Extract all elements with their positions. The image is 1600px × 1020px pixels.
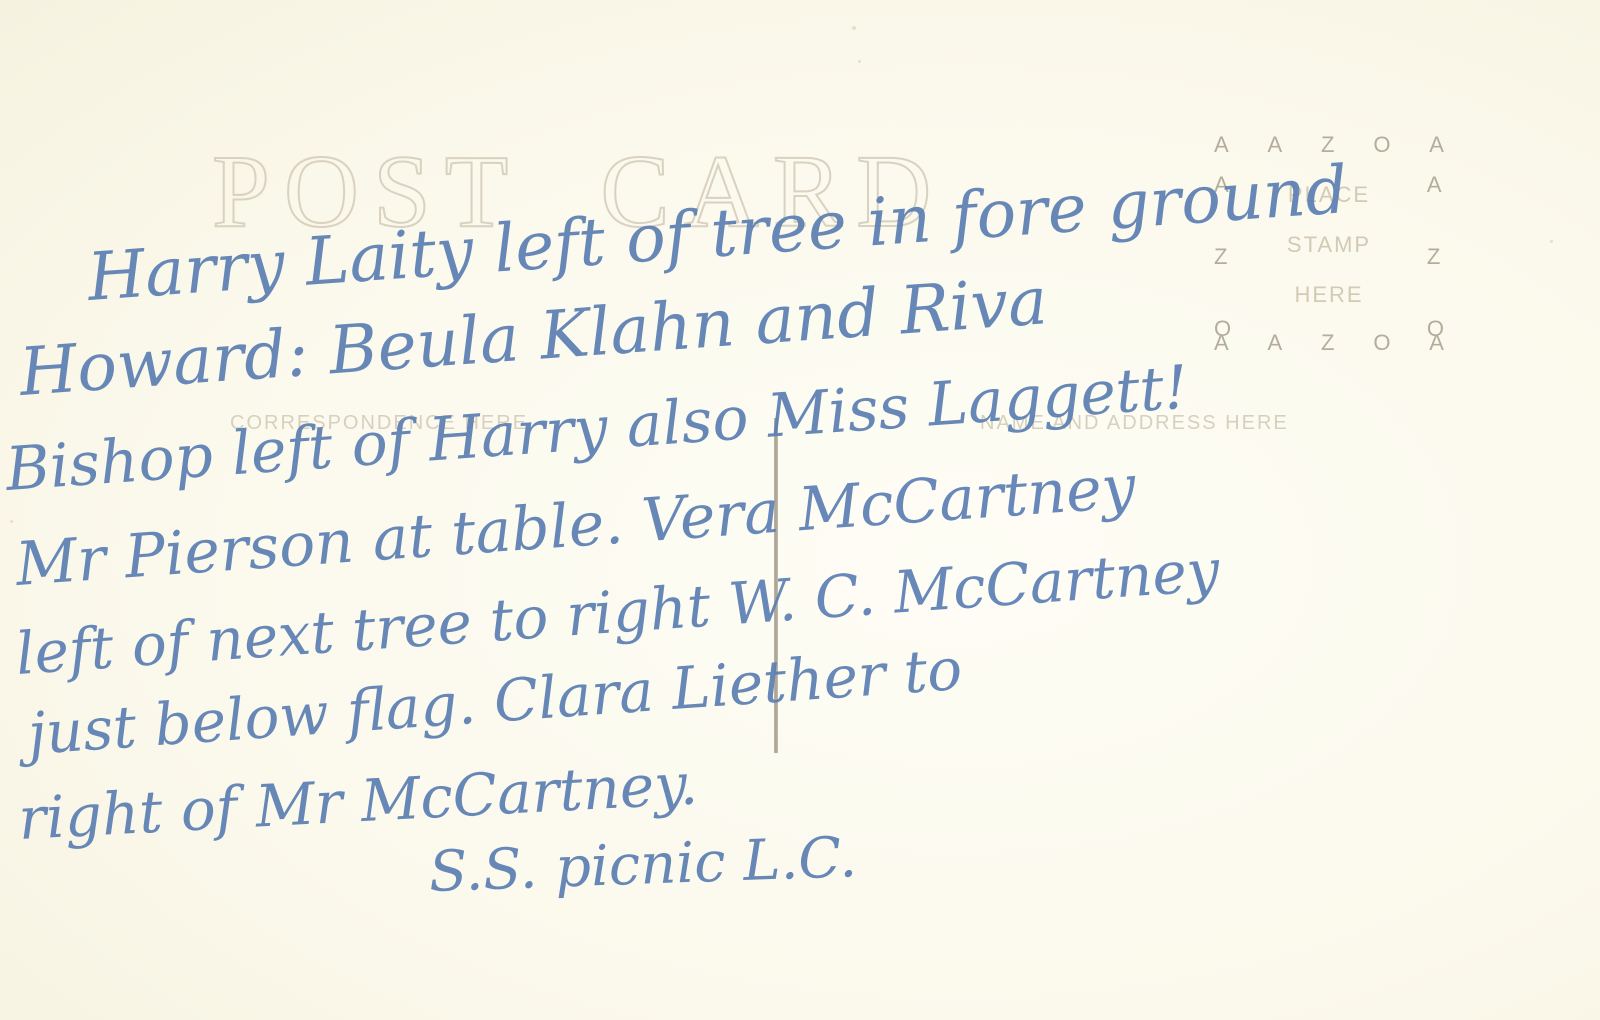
paper-speck <box>858 60 861 63</box>
paper-speck <box>10 520 13 523</box>
postcard-back: POST CARD A A Z O A A Z O A Z O PLACE ST… <box>0 0 1600 1020</box>
stamp-stamp-label: STAMP <box>1214 232 1444 258</box>
handwritten-signature: S.S. picnic L.C. <box>428 830 858 901</box>
stamp-here-label: HERE <box>1214 282 1444 308</box>
paper-speck <box>1550 240 1553 243</box>
stamp-box-bottom-marks: A A Z O A <box>1214 330 1444 356</box>
paper-speck <box>852 26 856 30</box>
